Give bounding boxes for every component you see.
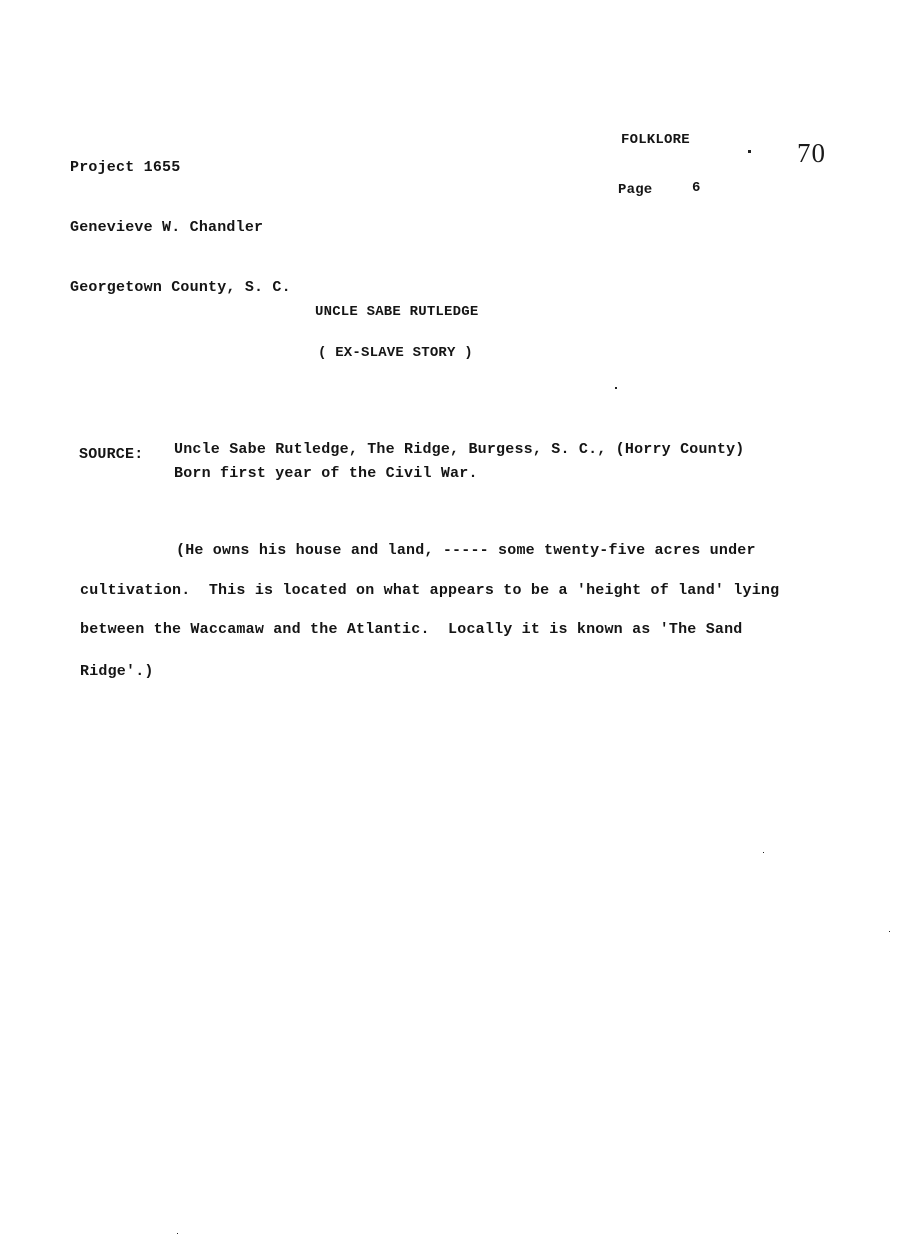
scan-speck: [889, 931, 890, 932]
document-title: UNCLE SABE RUTLEDGE: [315, 302, 478, 322]
source-label: SOURCE:: [79, 445, 143, 465]
page-label: Page: [618, 180, 652, 200]
project-number: Project 1655: [70, 158, 291, 178]
county-location: Georgetown County, S. C.: [70, 278, 291, 298]
page-number: 6: [692, 178, 701, 198]
stamped-page-number: 70: [797, 138, 826, 169]
source-line: Born first year of the Civil War.: [174, 464, 478, 484]
scan-speck: [615, 387, 617, 389]
scan-speck: [177, 1233, 178, 1234]
document-subtitle: ( EX-SLAVE STORY ): [318, 343, 473, 363]
author-name: Genevieve W. Chandler: [70, 218, 291, 238]
scan-speck: [748, 150, 751, 153]
project-info-block: Project 1655 Genevieve W. Chandler Georg…: [70, 118, 291, 338]
paragraph-line: cultivation. This is located on what app…: [80, 581, 779, 601]
paragraph-line: between the Waccamaw and the Atlantic. L…: [80, 620, 743, 640]
category-label: FOLKLORE: [621, 130, 690, 150]
scan-speck: [763, 852, 764, 853]
paragraph-line: (He owns his house and land, ----- some …: [176, 541, 756, 561]
paragraph-line: Ridge'.): [80, 662, 154, 682]
source-line: Uncle Sabe Rutledge, The Ridge, Burgess,…: [174, 440, 745, 460]
